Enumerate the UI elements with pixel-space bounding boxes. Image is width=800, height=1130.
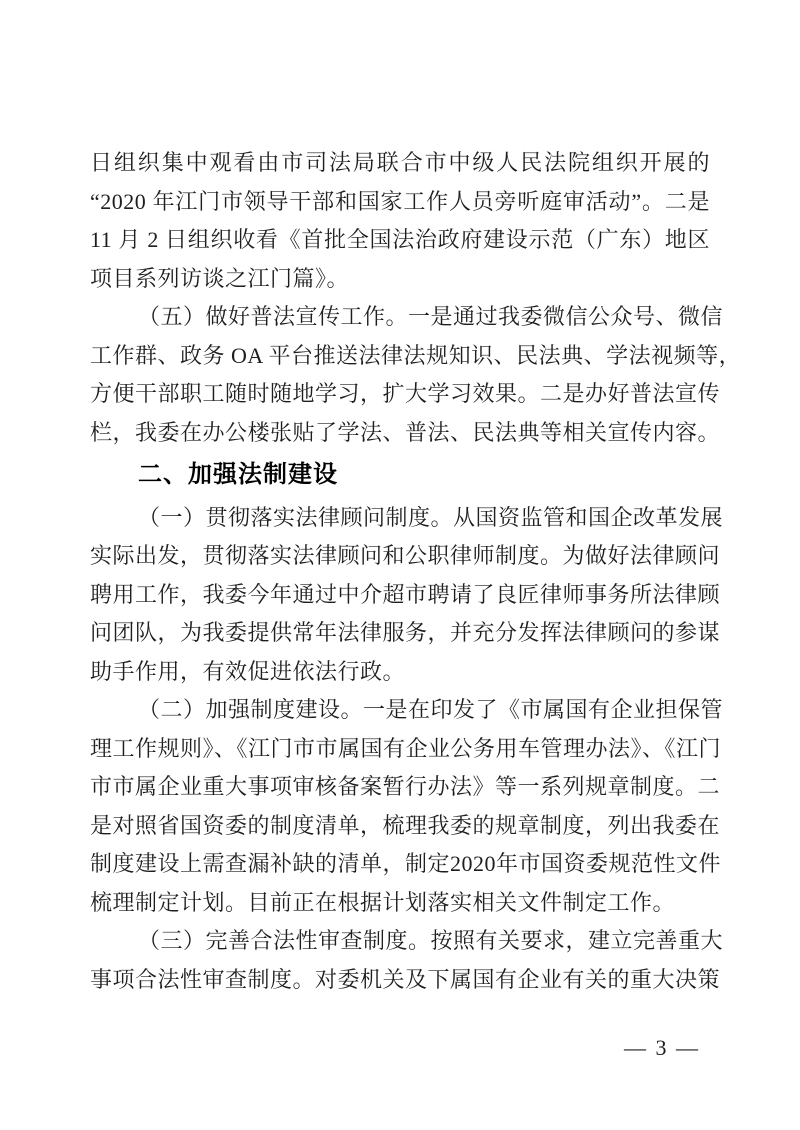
text-line: （一）贯彻落实法律顾问制度。从国资监管和国企改革发展 — [90, 499, 710, 538]
text-line: （二）加强制度建设。一是在印发了《市属国有企业担保管 — [90, 691, 710, 730]
text-line: 项目系列访谈之江门篇》。 — [90, 260, 710, 299]
text-line: 11 月 2 日组织收看《首批全国法治政府建设示范（广东）地区 — [90, 221, 710, 260]
text-line: 是对照省国资委的制度清单，梳理我委的规章制度，列出我委在 — [90, 807, 710, 846]
page-number: — 3 — — [624, 1033, 700, 1063]
document-body: 日组织集中观看由市司法局联合市中级人民法院组织开展的“2020 年江门市领导干部… — [90, 144, 710, 999]
text-line: 实际出发，贯彻落实法律顾问和公职律师制度。为做好法律顾问 — [90, 537, 710, 576]
text-line: （五）做好普法宣传工作。一是通过我委微信公众号、微信 — [90, 298, 710, 337]
text-line: 聘用工作，我委今年通过中介超市聘请了良匠律师事务所法律顾 — [90, 576, 710, 615]
text-line: 理工作规则》、《江门市市属国有企业公务用车管理办法》、《江门 — [90, 730, 710, 769]
text-line: 事项合法性审查制度。对委机关及下属国有企业有关的重大决策 — [90, 961, 710, 1000]
text-line: 工作群、政务 OA 平台推送法律法规知识、民法典、学法视频等， — [90, 337, 710, 376]
text-line: 日组织集中观看由市司法局联合市中级人民法院组织开展的 — [90, 144, 710, 183]
text-line: 制度建设上需查漏补缺的清单，制定2020年市国资委规范性文件 — [90, 845, 710, 884]
text-line: 市市属企业重大事项审核备案暂行办法》等一系列规章制度。二 — [90, 768, 710, 807]
text-line: （三）完善合法性审查制度。按照有关要求，建立完善重大 — [90, 922, 710, 961]
section-heading: 二、加强法制建设 — [90, 456, 710, 495]
document-page: 日组织集中观看由市司法局联合市中级人民法院组织开展的“2020 年江门市领导干部… — [0, 0, 800, 1130]
text-line: 助手作用，有效促进依法行政。 — [90, 653, 710, 692]
text-line: 方便干部职工随时随地学习，扩大学习效果。二是办好普法宣传 — [90, 375, 710, 414]
text-line: “2020 年江门市领导干部和国家工作人员旁听庭审活动”。二是 — [90, 183, 710, 222]
text-line: 问团队，为我委提供常年法律服务，并充分发挥法律顾问的参谋 — [90, 614, 710, 653]
text-line: 栏，我委在办公楼张贴了学法、普法、民法典等相关宣传内容。 — [90, 414, 710, 453]
text-line: 梳理制定计划。目前正在根据计划落实相关文件制定工作。 — [90, 884, 710, 923]
